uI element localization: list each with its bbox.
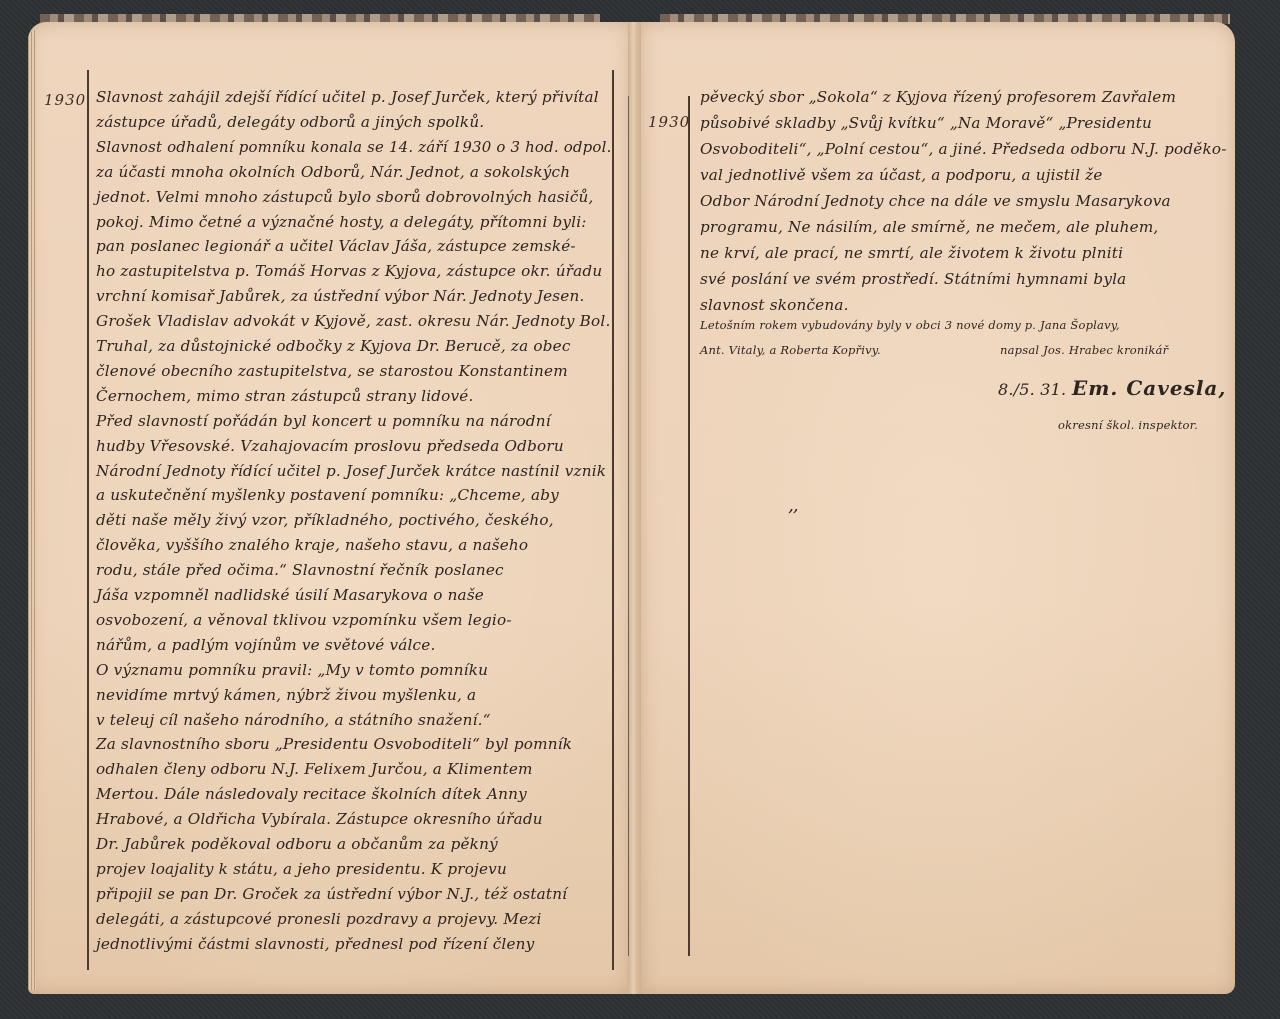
handwritten-line: nářům, a padlým vojínům ve světové válce… [96,636,435,654]
handwritten-line: O významu pomníku pravil: „My v tomto po… [96,661,488,679]
handwritten-line: pokoj. Mimo četné a význačné hosty, a de… [96,213,587,231]
handwritten-line: za účasti mnoha okolních Odborů, Nár. Je… [96,163,570,181]
handwritten-line: Odbor Národní Jednoty chce na dále ve sm… [700,192,1171,210]
handwritten-line: jednot. Velmi mnoho zástupců bylo sborů … [96,188,594,206]
left-page-right-rule [612,70,614,970]
left-page-margin-rule [87,70,89,970]
handwritten-line: Letošním rokem vybudovány byly v obci 3 … [700,318,1220,332]
handwritten-line: projev loajality k státu, a jeho preside… [96,860,507,878]
handwritten-line: Osvoboditeli“, „Polní cestou“, a jiné. P… [700,140,1227,158]
right-page-inner-rule [628,96,629,956]
handwritten-line: delegáti, a zástupcové pronesli pozdravy… [96,910,542,928]
handwritten-line: pěvecký sbor „Sokola“ z Kyjova řízený pr… [700,88,1176,106]
handwritten-line: Grošek Vladislav advokát v Kyjově, zast.… [96,312,610,330]
handwritten-line: programu, Ne násilím, ale smírně, ne meč… [700,218,1158,236]
handwritten-line: Slavnost odhalení pomníku konala se 14. … [96,138,612,156]
handwritten-line: Za slavnostního sboru „Presidentu Osvobo… [96,735,572,753]
stray-ink-marks: ՚՚ [788,506,798,527]
signature-date: 8./5. 31. [998,380,1066,399]
handwritten-line: člověka, vyššího znalého kraje, našeho s… [96,536,528,554]
handwritten-line: působivé skladby „Svůj kvítku“ „Na Morav… [700,114,1152,132]
left-page-stack-edge [28,30,36,990]
signature-title: okresní škol. inspektor. [1058,418,1198,432]
handwritten-line: v teleuj cíl našeho národního, a státníh… [96,711,491,729]
handwritten-line: a uskutečnění myšlenky postavení pomníku… [96,486,559,504]
handwritten-line: vrchní komisař Jabůrek, za ústřední výbo… [96,287,585,305]
handwritten-line: val jednotlivě všem za účast, a podporu,… [700,166,1103,184]
handwritten-line: rodu, stále před očima.“ Slavnostní řečn… [96,561,504,579]
handwritten-line: Před slavností pořádán byl koncert u pom… [96,412,551,430]
signature-name: Em. Cavesla, [1072,376,1226,400]
handwritten-line: Mertou. Dále následovaly recitace školní… [96,785,527,803]
handwritten-line: nevidíme mrtvý kámen, nýbrž živou myšlen… [96,686,476,704]
left-year-margin: 1930 [44,91,86,109]
right-year-margin: 1930 [648,113,690,131]
handwritten-line: hudby Vřesovské. Vzahajovacím proslovu p… [96,437,564,455]
handwritten-line: Slavnost zahájil zdejší řídící učitel p.… [96,88,599,106]
handwritten-line: jednotlivými částmi slavnosti, přednesl … [96,935,534,953]
handwritten-line: ne krví, ale prací, ne smrtí, ale živote… [700,244,1123,262]
handwritten-line: slavnost skončena. [700,296,849,314]
handwritten-line: ho zastupitelstva p. Tomáš Horvas z Kyjo… [96,262,602,280]
handwritten-line: své poslání ve svém prostředí. Státními … [700,270,1126,288]
handwritten-line: Černochem, mimo stran zástupců strany li… [96,387,474,405]
handwritten-line: děti naše měly živý vzor, příkladného, p… [96,511,554,529]
handwritten-line: Dr. Jabůrek poděkoval odboru a občanům z… [96,835,498,853]
handwritten-line: pan poslanec legionář a učitel Václav Já… [96,237,576,255]
handwritten-line: Hrabové, a Oldřicha Vybírala. Zástupce o… [96,810,543,828]
handwritten-line: členové obecního zastupitelstva, se star… [96,362,568,380]
handwritten-line: zástupce úřadů, delegáty odborů a jiných… [96,113,484,131]
handwritten-line: Truhal, za důstojnické odbočky z Kyjova … [96,337,571,355]
handwritten-line: odhalen členy odboru N.J. Felixem Jurčou… [96,760,533,778]
handwritten-line: Jáša vzpomněl nadlidské úsilí Masarykova… [96,586,484,604]
right-page-margin-rule [688,96,690,956]
handwritten-line: Národní Jednoty řídící učitel p. Josef J… [96,462,606,480]
author-note: napsal Jos. Hrabec kronikář [1000,343,1168,357]
handwritten-line: připojil se pan Dr. Groček za ústřední v… [96,885,567,903]
book-gutter [628,22,642,994]
handwritten-line: osvobození, a věnoval tklivou vzpomínku … [96,611,512,629]
